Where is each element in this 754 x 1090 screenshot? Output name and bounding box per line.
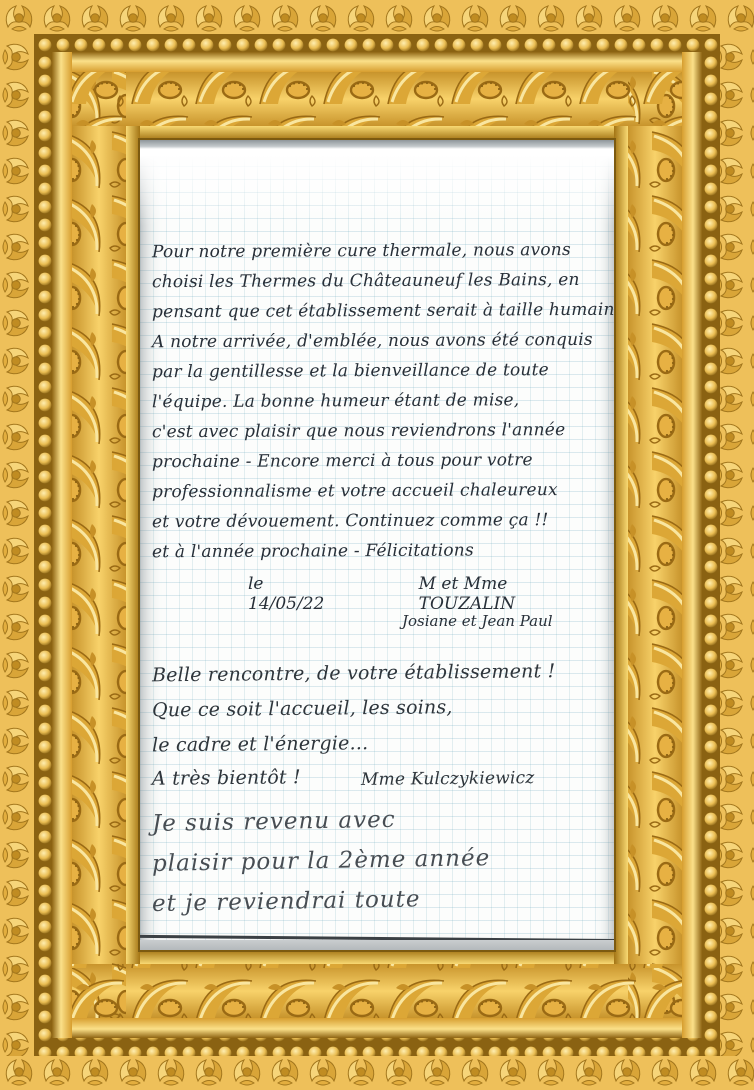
handwriting-line: par la gentillesse et la bienveillance d… (152, 355, 608, 387)
entry-signature: Mme Kulczykiewicz (361, 761, 535, 798)
handwriting-line: choisi les Thermes du Châteauneuf les Ba… (152, 265, 608, 297)
entry-signature-names: Josiane et Jean Paul (402, 612, 608, 630)
handwriting-line: Que ce soit l'accueil, les soins, (152, 689, 608, 729)
handwriting-line: prochaine - Encore merci à tous pour vot… (152, 445, 608, 477)
handwriting-line: pensant que cet établissement serait à t… (152, 295, 608, 327)
guestbook-entry-returning-guest: Je suis revenu avec plaisir pour la 2ème… (152, 800, 608, 920)
handwriting-line: Belle rencontre, de votre établissement … (152, 654, 608, 694)
paper-bottom-margin (140, 940, 614, 950)
handwriting-line: et votre dévouement. Continuez comme ça … (152, 505, 608, 537)
handwriting-line: et je reviendrai toute (152, 876, 609, 924)
handwriting-line: c'est avec plaisir que nous reviendrons … (152, 415, 608, 447)
paper-top-shadow (140, 140, 614, 149)
handwriting-line: Pour notre première cure thermale, nous … (152, 235, 608, 267)
handwriting-line: le cadre et l'énergie... (152, 724, 608, 764)
guestbook-entry-touzalin: Pour notre première cure thermale, nous … (152, 236, 608, 630)
framed-guestbook-photo: Pour notre première cure thermale, nous … (0, 0, 754, 1090)
entry-date: le 14/05/22 (248, 574, 345, 614)
handwriting-line: A notre arrivée, d'emblée, nous avons ét… (152, 325, 608, 357)
entry-signature: M et Mme TOUZALIN (419, 574, 608, 614)
guestbook-page: Pour notre première cure thermale, nous … (140, 140, 614, 950)
handwriting-line: l'équipe. La bonne humeur étant de mise, (152, 385, 608, 417)
handwriting-line: et à l'année prochaine - Félicitations (152, 535, 608, 567)
handwriting-line: professionnalisme et votre accueil chale… (152, 475, 608, 507)
handwriting-line: A très bientôt ! (152, 760, 301, 797)
guestbook-entry-kulczykiewicz: Belle rencontre, de votre établissement … (152, 656, 608, 797)
